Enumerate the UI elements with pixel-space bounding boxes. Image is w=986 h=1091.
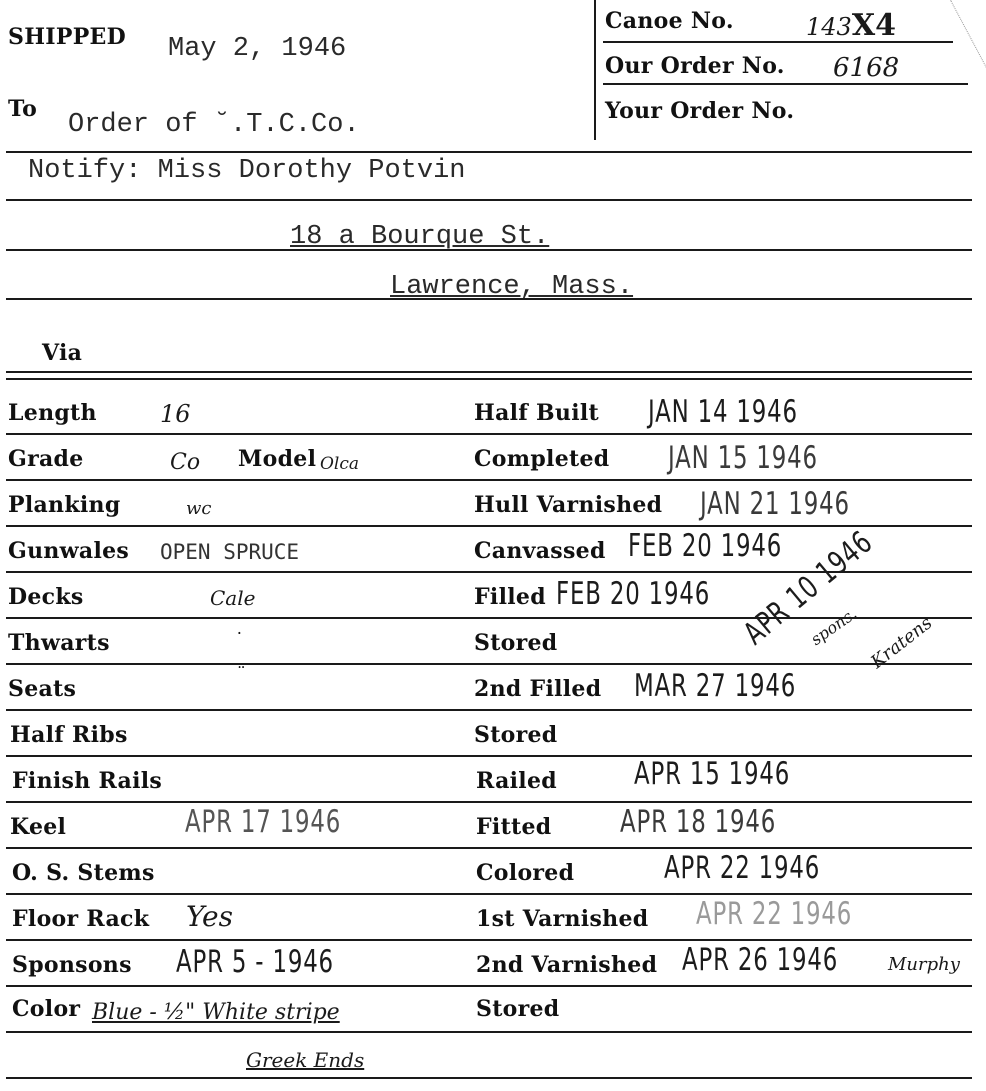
field-label: Stored [476,996,560,1022]
rule [6,298,972,300]
field-label: 2nd Varnished [476,952,657,978]
field-value: APR 15 1946 [634,756,790,792]
field-label: Filled [474,584,546,610]
field-value: APR 22 1946 [664,850,820,886]
rule [6,985,972,987]
field-label: Railed [476,768,557,794]
field-row-2nd-varnished: 2nd Varnished APR 26 1946 Murphy [0,942,972,988]
to-value: Order of ˘.T.C.Co. [68,110,360,140]
rule [6,571,972,573]
field-row-colored: Colored APR 22 1946 [0,850,972,896]
field-label: 2nd Filled [474,676,601,702]
to-label: To [8,96,37,122]
field-value: APR 22 1946 [696,896,852,932]
rule [603,83,968,85]
field-label: Fitted [476,814,551,840]
rule [6,617,972,619]
rule [6,1031,972,1033]
rule [6,151,972,153]
color-value-line-2: Greek Ends [246,1048,364,1072]
address-street: 18 a Bourque St. [290,222,549,252]
rule [603,41,953,43]
rule [6,801,972,803]
field-row-stored-2: Stored [0,712,972,758]
via-label: Via [42,340,82,366]
our-order-value: 6168 [833,53,899,83]
canoe-no-number: 143 [806,13,852,41]
rule [6,939,972,941]
field-row-2nd-filled: 2nd Filled MAR 27 1946 [0,666,972,712]
field-value: APR 18 1946 [620,804,776,840]
rule [6,249,972,251]
field-label: 1st Varnished [476,906,648,932]
field-row-railed: Railed APR 15 1946 [0,758,972,804]
canoe-no-label: Canoe No. [605,8,734,34]
rule [6,893,972,895]
field-label: Colored [476,860,574,886]
our-order-label: Our Order No. [605,53,785,79]
rule [6,1077,972,1079]
field-value: APR 26 1946 [682,942,838,978]
field-label: Half Built [474,400,599,426]
your-order-label: Your Order No. [605,98,794,124]
field-value: MAR 27 1946 [634,668,796,704]
shipped-label: SHIPPED [8,24,126,50]
field-label: Stored [474,722,558,748]
rule [6,479,972,481]
rule [6,663,972,665]
signature-murphy: Murphy [888,954,960,975]
rule [6,371,972,373]
order-box-divider [594,0,596,140]
canoe-no-value: 143X4 [806,8,896,43]
field-value: JAN 14 1946 [648,394,798,430]
field-row-stored-3: Stored [0,988,972,1034]
field-row-hull-varnished: Hull Varnished JAN 21 1946 [0,482,972,528]
rule [6,755,972,757]
rule [6,199,972,201]
field-label: Hull Varnished [474,492,662,518]
field-label: Stored [474,630,558,656]
field-row-fitted: Fitted APR 18 1946 [0,804,972,850]
rule [6,378,972,380]
field-value: FEB 20 1946 [556,576,710,612]
field-row-1st-varnished: 1st Varnished APR 22 1946 [0,896,972,942]
shipped-date: May 2, 1946 [168,34,346,64]
field-row-completed: Completed JAN 15 1946 [0,436,972,482]
rule [6,709,972,711]
canoe-no-struck-digit: X4 [852,8,896,43]
field-value: FEB 20 1946 [628,528,782,564]
field-row-half-built: Half Built JAN 14 1946 [0,390,972,436]
rule [6,433,972,435]
rule [6,847,972,849]
field-label: Canvassed [474,538,606,564]
rule [6,525,972,527]
notify-line: Notify: Miss Dorothy Potvin [28,156,465,186]
field-value: JAN 15 1946 [668,440,818,476]
field-label: Completed [474,446,609,472]
field-value: JAN 21 1946 [700,486,850,522]
page-edge-shadow [950,0,986,124]
